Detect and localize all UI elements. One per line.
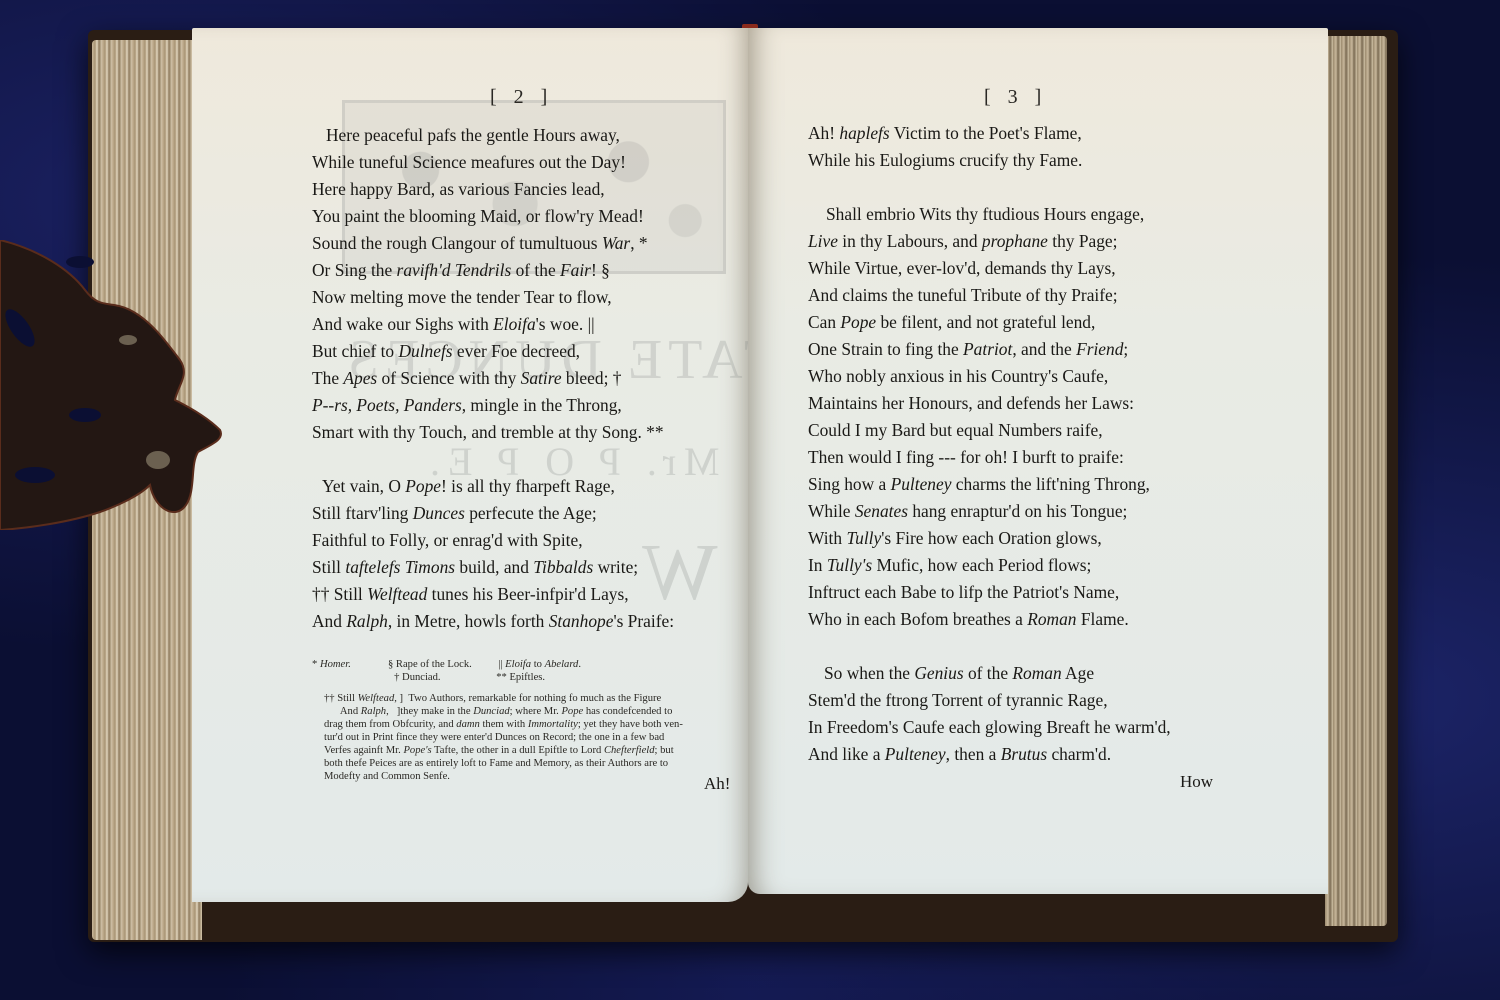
footnote-line: †† Still Welftead, ] Two Authors, remark… bbox=[324, 692, 683, 705]
stanza-gap bbox=[808, 174, 1171, 201]
verse-line: And claims the tuneful Tribute of thy Pr… bbox=[808, 282, 1171, 309]
stanza-gap bbox=[808, 633, 1171, 660]
verse-line: While his Eulogiums crucify thy Fame. bbox=[808, 147, 1171, 174]
verse-line: But chief to Dulnefs ever Foe decreed, bbox=[312, 338, 674, 365]
verse-line: While Virtue, ever-lov'd, demands thy La… bbox=[808, 255, 1171, 282]
verse-block: Ah! haplefs Victim to the Poet's Flame,W… bbox=[808, 120, 1171, 768]
verse-line: Here peaceful pafs the gentle Hours away… bbox=[312, 122, 674, 149]
verse-line: While Senates hang enraptur'd on his Ton… bbox=[808, 498, 1171, 525]
verse-line: Can Pope be filent, and not grateful len… bbox=[808, 309, 1171, 336]
footnote-line: Verfes againft Mr. Pope's Tafte, the oth… bbox=[324, 744, 683, 757]
verse-line: Sound the rough Clangour of tumultuous W… bbox=[312, 230, 674, 257]
verse-line: Who nobly anxious in his Country's Caufe… bbox=[808, 363, 1171, 390]
verse-line: Who in each Bofom breathes a Roman Flame… bbox=[808, 606, 1171, 633]
verse-line: With Tully's Fire how each Oration glows… bbox=[808, 525, 1171, 552]
footnote-keys: * Homer. § Rape of the Lock. || Eloifa t… bbox=[312, 658, 581, 684]
verse-line: Sing how a Pulteney charms the lift'ning… bbox=[808, 471, 1171, 498]
verse-line: Still ftarv'ling Dunces perfecute the Ag… bbox=[312, 500, 674, 527]
footnote-line: And Ralph, ]they make in the Dunciad; wh… bbox=[324, 705, 683, 718]
footnote-key-row: † Dunciad. ** Epiftles. bbox=[312, 671, 581, 684]
verse-line: Could I my Bard but equal Numbers raife, bbox=[808, 417, 1171, 444]
verse-line: P--rs, Poets, Panders, mingle in the Thr… bbox=[312, 392, 674, 419]
verse-line: †† Still Welftead tunes his Beer-infpir'… bbox=[312, 581, 674, 608]
verse-line: In Freedom's Caufe each glowing Breaft h… bbox=[808, 714, 1171, 741]
verse-line: Faithful to Folly, or enrag'd with Spite… bbox=[312, 527, 674, 554]
verse-line: Here happy Bard, as various Fancies lead… bbox=[312, 176, 674, 203]
verse-line: You paint the blooming Maid, or flow'ry … bbox=[312, 203, 674, 230]
verse-line: Still taftelefs Timons build, and Tibbal… bbox=[312, 554, 674, 581]
verse-line: Live in thy Labours, and prophane thy Pa… bbox=[808, 228, 1171, 255]
verse-line: While tuneful Science meafures out the D… bbox=[312, 149, 674, 176]
left-page: STATE DUNCES Mr. P O P E. W [ 2 ] Here p… bbox=[192, 28, 748, 902]
verse-line: Now melting move the tender Tear to flow… bbox=[312, 284, 674, 311]
page-block-right-edges bbox=[1325, 36, 1387, 926]
stanza-gap bbox=[312, 446, 674, 473]
verse-line: Then would I fing --- for oh! I burft to… bbox=[808, 444, 1171, 471]
verse-block: Here peaceful pafs the gentle Hours away… bbox=[312, 122, 674, 635]
footnote-line: tur'd out in Print fince they were enter… bbox=[324, 731, 683, 744]
footnote-key-row: * Homer. § Rape of the Lock. || Eloifa t… bbox=[312, 658, 581, 671]
verse-line: One Strain to fing the Patriot, and the … bbox=[808, 336, 1171, 363]
verse-line: In Tully's Mufic, how each Period flows; bbox=[808, 552, 1171, 579]
verse-line: Smart with thy Touch, and tremble at thy… bbox=[312, 419, 674, 446]
footnote-line: Modefty and Common Senfe. bbox=[324, 770, 683, 783]
verse-line: Or Sing the ravifh'd Tendrils of the Fai… bbox=[312, 257, 674, 284]
verse-line: Stem'd the ftrong Torrent of tyrannic Ra… bbox=[808, 687, 1171, 714]
verse-line: And like a Pulteney, then a Brutus charm… bbox=[808, 741, 1171, 768]
verse-line: Shall embrio Wits thy ftudious Hours eng… bbox=[808, 201, 1171, 228]
verse-line: Maintains her Honours, and defends her L… bbox=[808, 390, 1171, 417]
verse-line: Yet vain, O Pope! is all thy fharpeft Ra… bbox=[312, 473, 674, 500]
metal-page-clip bbox=[0, 240, 225, 530]
verse-line: And Ralph, in Metre, howls forth Stanhop… bbox=[312, 608, 674, 635]
page-number: [ 2 ] bbox=[490, 86, 553, 109]
footnote-long: †† Still Welftead, ] Two Authors, remark… bbox=[324, 692, 683, 783]
catchword: How bbox=[1180, 772, 1213, 792]
verse-line: So when the Genius of the Roman Age bbox=[808, 660, 1171, 687]
verse-line: The Apes of Science with thy Satire blee… bbox=[312, 365, 674, 392]
footnote-line: drag them from Obfcurity, and damn them … bbox=[324, 718, 683, 731]
catchword: Ah! bbox=[704, 774, 730, 794]
verse-line: Inftruct each Babe to lifp the Patriot's… bbox=[808, 579, 1171, 606]
footnote-line: both thefe Peices are as entirely loft t… bbox=[324, 757, 683, 770]
verse-line: Ah! haplefs Victim to the Poet's Flame, bbox=[808, 120, 1171, 147]
verse-line: And wake our Sighs with Eloifa's woe. || bbox=[312, 311, 674, 338]
page-number: [ 3 ] bbox=[984, 86, 1047, 109]
right-page: [ 3 ] Ah! haplefs Victim to the Poet's F… bbox=[748, 28, 1328, 894]
